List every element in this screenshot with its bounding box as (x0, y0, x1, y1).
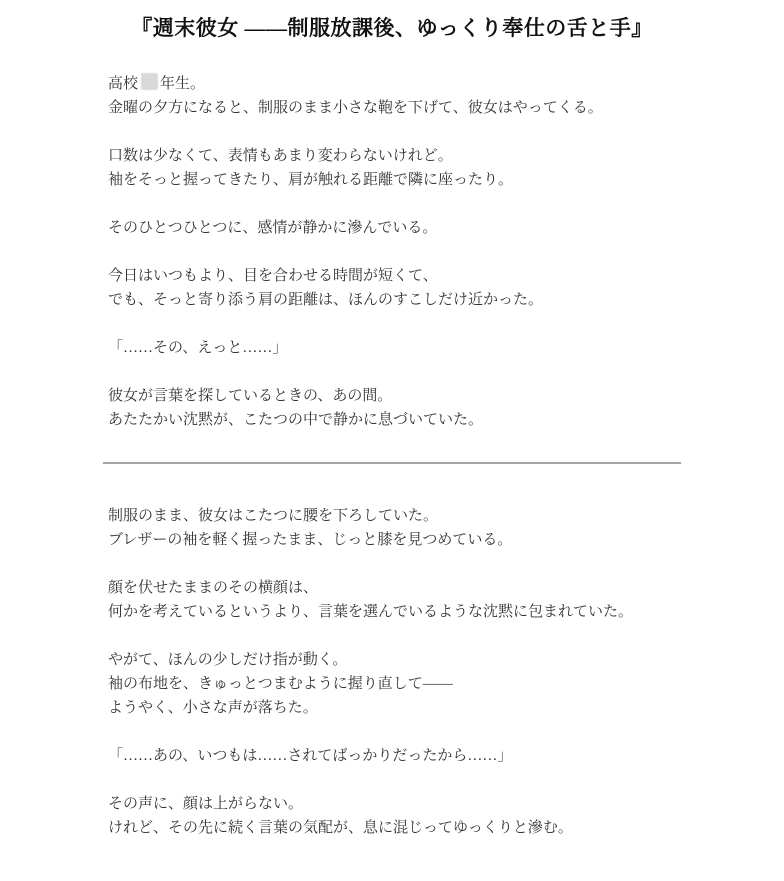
text-line: 袖をそっと握ってきたり、肩が触れる距離で隣に座ったり。 (108, 168, 681, 192)
document-page: 『週末彼女 ――制服放課後、ゆっくり奉仕の舌と手』 高校年生。 金曜の夕方になる… (0, 0, 784, 881)
paragraph: その声に、顔は上がらない。 けれど、その先に続く言葉の気配が、息に混じってゆっく… (103, 792, 681, 840)
text-line: 「……あの、いつもは……されてばっかりだったから……」 (108, 744, 681, 768)
paragraph: そのひとつひとつに、感情が静かに滲んでいる。 (103, 216, 681, 240)
paragraph: やがて、ほんの少しだけ指が動く。 袖の布地を、きゅっとつまむように握り直して――… (103, 648, 681, 720)
text-line: 高校年生。 (108, 72, 681, 96)
text-line: 袖の布地を、きゅっとつまむように握り直して―― (108, 672, 681, 696)
text-line: そのひとつひとつに、感情が静かに滲んでいる。 (108, 216, 681, 240)
paragraph: 彼女が言葉を探しているときの、あの間。 あたたかい沈黙が、こたつの中で静かに息づ… (103, 384, 681, 432)
paragraph: 制服のまま、彼女はこたつに腰を下ろしていた。 ブレザーの袖を軽く握ったまま、じっ… (103, 504, 681, 552)
text-line: 口数は少なくて、表情もあまり変わらないけれど。 (108, 144, 681, 168)
text-line: ブレザーの袖を軽く握ったまま、じっと膝を見つめている。 (108, 528, 681, 552)
text-line: あたたかい沈黙が、こたつの中で静かに息づいていた。 (108, 408, 681, 432)
text-line: 何かを考えているというより、言葉を選んでいるような沈黙に包まれていた。 (108, 600, 681, 624)
text-line: ようやく、小さな声が落ちた。 (108, 696, 681, 720)
redacted-text (141, 73, 158, 90)
paragraph-dialogue: 「……その、えっと……」 (103, 336, 681, 360)
text-line: 制服のまま、彼女はこたつに腰を下ろしていた。 (108, 504, 681, 528)
paragraph-dialogue: 「……あの、いつもは……されてばっかりだったから……」 (103, 744, 681, 768)
paragraph: 今日はいつもより、目を合わせる時間が短くて、 でも、そっと寄り添う肩の距離は、ほ… (103, 264, 681, 312)
paragraph: 高校年生。 金曜の夕方になると、制服のまま小さな鞄を下げて、彼女はやってくる。 (103, 72, 681, 120)
text-line: でも、そっと寄り添う肩の距離は、ほんのすこしだけ近かった。 (108, 288, 681, 312)
text-line: 今日はいつもより、目を合わせる時間が短くて、 (108, 264, 681, 288)
paragraph: 口数は少なくて、表情もあまり変わらないけれど。 袖をそっと握ってきたり、肩が触れ… (103, 144, 681, 192)
text-line: けれど、その先に続く言葉の気配が、息に混じってゆっくりと滲む。 (108, 816, 681, 840)
text-line: 彼女が言葉を探しているときの、あの間。 (108, 384, 681, 408)
text-segment: 年生。 (160, 76, 205, 92)
text-line: 金曜の夕方になると、制服のまま小さな鞄を下げて、彼女はやってくる。 (108, 96, 681, 120)
document-content: 高校年生。 金曜の夕方になると、制服のまま小さな鞄を下げて、彼女はやってくる。 … (0, 72, 784, 840)
text-segment: 高校 (108, 76, 138, 92)
paragraph: 顔を伏せたままのその横顔は、 何かを考えているというより、言葉を選んでいるような… (103, 576, 681, 624)
text-line: やがて、ほんの少しだけ指が動く。 (108, 648, 681, 672)
section-divider (103, 462, 681, 464)
page-title: 『週末彼女 ――制服放課後、ゆっくり奉仕の舌と手』 (0, 14, 784, 42)
text-line: その声に、顔は上がらない。 (108, 792, 681, 816)
text-line: 「……その、えっと……」 (108, 336, 681, 360)
text-line: 顔を伏せたままのその横顔は、 (108, 576, 681, 600)
